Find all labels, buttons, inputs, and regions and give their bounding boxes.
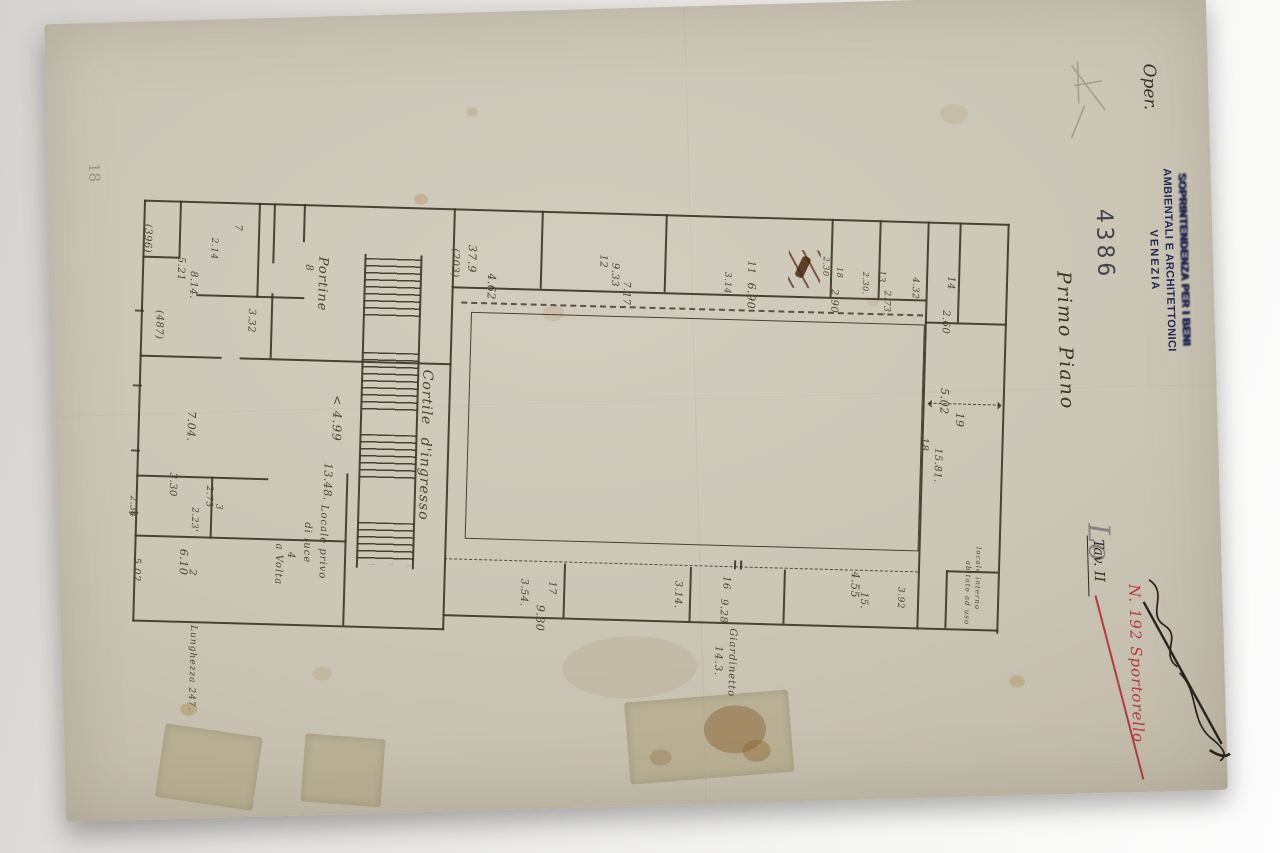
wall-segment	[136, 475, 268, 481]
wall-segment	[135, 535, 347, 543]
plan-label: Portine	[314, 256, 331, 311]
plan-label: 7.17	[620, 281, 632, 306]
plan-label: 2.90	[828, 289, 840, 314]
plate-label: Tav. II	[1087, 535, 1108, 596]
plan-label: (396)	[142, 224, 154, 254]
archive-number: 4386	[1091, 209, 1119, 281]
wall-segment	[256, 203, 261, 298]
wall-segment	[996, 224, 1009, 634]
plan-label: 14	[945, 276, 956, 290]
plan-label: 8	[303, 264, 314, 271]
stain	[940, 104, 969, 125]
plan-label: 3.54.	[518, 578, 530, 606]
plan-label: 3.32	[245, 309, 257, 334]
stair-flight	[364, 258, 422, 318]
plan-label: 7	[232, 224, 243, 231]
wall-segment	[132, 619, 444, 630]
wall-segment	[196, 294, 304, 299]
plan-label: 5.02	[937, 388, 951, 415]
corridor-wall	[444, 558, 918, 572]
window-tick	[133, 384, 142, 386]
plan-label: 2.14	[208, 237, 219, 259]
plan-label: 15.	[858, 592, 869, 610]
stain	[467, 107, 478, 116]
corner-note: Oper.	[1139, 63, 1160, 110]
plan-label: 16	[720, 576, 731, 590]
plan-label: 13.48.	[321, 463, 335, 501]
window-tick	[135, 309, 144, 311]
wall-segment	[925, 322, 1007, 326]
plan-label: 2.30	[821, 257, 831, 277]
plan-label: 18	[835, 267, 844, 278]
wall-segment	[664, 214, 668, 292]
stair-flight	[359, 434, 416, 482]
plan-label: 17	[546, 581, 557, 595]
floor-plan: (396)72.145.218.14.(487)3.328Portine7.04…	[131, 200, 1012, 704]
plan-label: Lunghezza 247.	[186, 625, 198, 711]
wall-segment	[272, 203, 276, 263]
plan-label: locale interno	[973, 547, 983, 610]
plan-label: 3.92	[895, 587, 906, 609]
plan-label: 2.30.	[861, 272, 871, 295]
plan-label: < 4.99	[329, 395, 344, 442]
plan-label: 2	[187, 569, 198, 576]
plan-label: 9.30	[533, 605, 547, 632]
plan-label: a Volta	[272, 543, 284, 585]
stair-flight	[361, 352, 419, 412]
plan-label: 9.33	[609, 263, 621, 288]
wall-segment	[342, 473, 348, 625]
wall-segment	[563, 564, 567, 618]
plan-label: 2.34	[127, 495, 138, 517]
wall-segment	[540, 211, 544, 289]
plan-label: 3.30	[167, 472, 179, 497]
plan-label: Cortile	[418, 369, 436, 425]
signature-flourish	[1135, 571, 1235, 769]
plan-label: 11	[745, 260, 756, 274]
wall-segment	[303, 204, 306, 242]
plan-label: 4.32	[910, 277, 921, 299]
tape-strip	[155, 723, 263, 811]
plan-label: 15.81.	[931, 448, 943, 483]
wall-segment	[178, 201, 182, 259]
door-tick	[740, 560, 742, 569]
plan-label: 8.14.	[187, 271, 199, 299]
pencil-number: 18	[85, 163, 104, 183]
stain	[1010, 675, 1025, 687]
plan-label: Locale privo	[316, 505, 329, 580]
wall-segment	[944, 570, 948, 628]
courtyard	[465, 312, 925, 552]
pencil-scribble	[1063, 54, 1125, 146]
plan-label: (203)	[449, 248, 461, 278]
plan-label: Giardinetto	[725, 628, 738, 697]
plan-label: 4.62	[484, 273, 498, 300]
plan-label: 37.9	[465, 245, 479, 274]
plan-label: 12	[597, 254, 608, 268]
tape-strip	[301, 733, 386, 807]
plan-label: 3.14.	[672, 581, 684, 609]
plan-label: 5.02	[130, 557, 142, 582]
plan-label: 14.3.	[712, 646, 724, 677]
plan-label: 2.23'	[189, 507, 200, 532]
wall-segment	[878, 220, 882, 298]
plan-title: Primo Piano	[1052, 271, 1078, 411]
plan-label: di luce	[301, 522, 313, 563]
plan-label: d'ingresso	[415, 437, 433, 520]
wall-segment	[957, 222, 962, 322]
plan-label: (487)	[153, 310, 165, 340]
window-tick	[131, 449, 140, 451]
plan-label: 5.21	[175, 257, 187, 282]
plan-label: 2.73.	[881, 290, 892, 316]
photo-of-archival-floor-plan: (396)72.145.218.14.(487)3.328Portine7.04…	[0, 0, 1280, 853]
soprintendenza-stamp: SOPRINTENDENZA PER I BENI AMBIENTALI E A…	[1143, 134, 1195, 385]
plan-label: 9.28	[717, 599, 729, 624]
plan-label: abitato ad uso	[962, 561, 972, 626]
plan-label: 3.14'	[722, 272, 733, 297]
wall-segment	[140, 355, 222, 359]
stair-flight	[357, 522, 414, 566]
wall-segment	[688, 567, 692, 621]
plan-label: 2.73	[203, 485, 214, 507]
wall-segment	[782, 570, 786, 624]
stain	[414, 194, 428, 205]
plan-label: 6.90	[744, 282, 758, 309]
plan-label: 13	[876, 270, 886, 283]
plan-label: 18	[918, 437, 929, 451]
wall-segment	[452, 286, 926, 301]
plan-label: 3	[213, 504, 223, 511]
plan-label: 4	[285, 552, 296, 559]
plan-label: 7.04.	[184, 411, 198, 442]
wall-segment	[270, 293, 274, 358]
wall-segment	[240, 357, 452, 365]
plan-label: 2.60	[940, 310, 952, 335]
door-tick	[734, 560, 736, 569]
plan-label: 19	[953, 412, 966, 427]
document-paper: (396)72.145.218.14.(487)3.328Portine7.04…	[44, 0, 1228, 822]
